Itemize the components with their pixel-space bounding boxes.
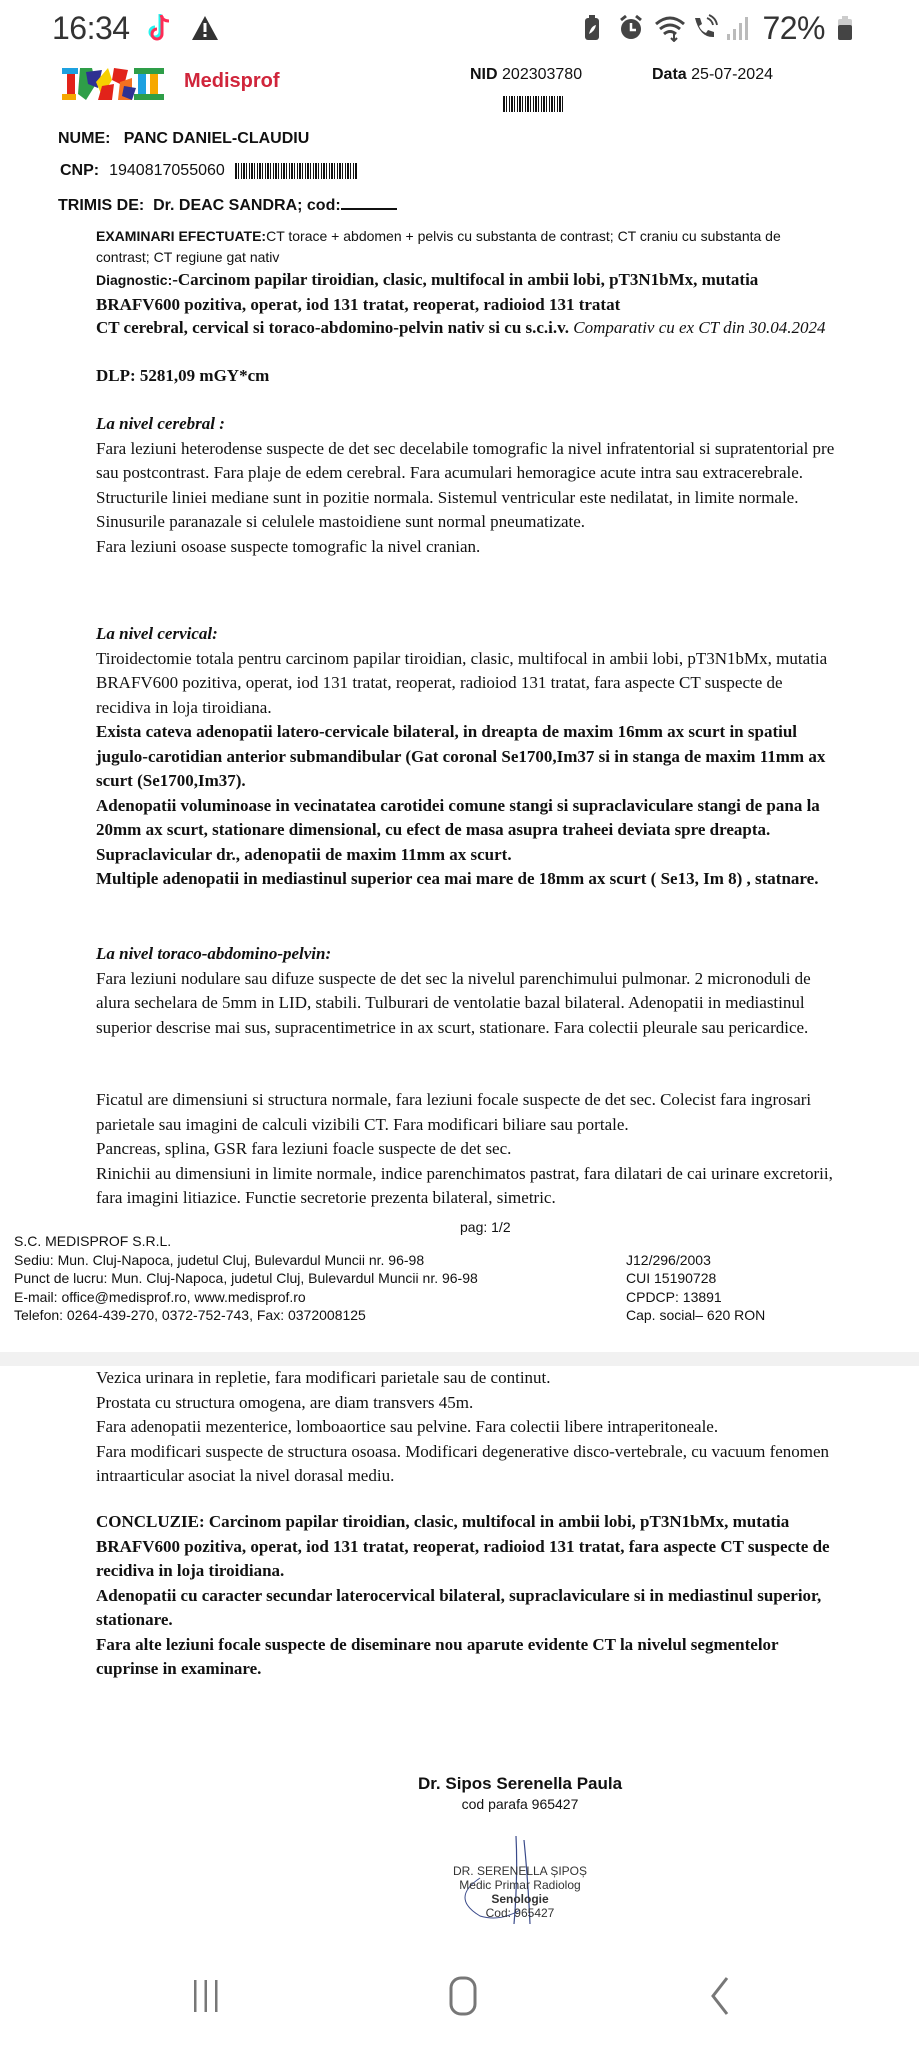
nid-label: NID <box>470 66 498 83</box>
battery-percent: 72% <box>762 10 825 47</box>
share-capital: Cap. social– 620 RON <box>626 1306 765 1325</box>
sent-by-value: Dr. DEAC SANDRA; cod: <box>153 197 341 214</box>
signal-icon <box>726 14 750 42</box>
status-bar: 16:34 72% <box>0 0 919 58</box>
home-button[interactable] <box>433 1974 493 2018</box>
name-label: NUME: <box>58 130 110 147</box>
section-cervical: La nivel cervical: Tiroidectomie totala … <box>96 622 836 892</box>
reg-number: J12/296/2003 <box>626 1251 765 1270</box>
cnp-barcode <box>235 163 357 179</box>
dlp-value: DLP: 5281,09 mGY*cm <box>96 364 836 389</box>
diagnostic-label: Diagnostic: <box>96 272 172 288</box>
battery-icon <box>837 14 861 42</box>
code-blank <box>341 196 397 210</box>
paragraph: Fara leziuni nodulare sau difuze suspect… <box>96 967 836 1041</box>
page-separator <box>0 1352 919 1366</box>
paragraph: Tiroidectomie totala pentru carcinom pap… <box>96 647 836 721</box>
paragraph: Fara adenopatii mezenterice, lomboaortic… <box>96 1415 836 1440</box>
paragraph-bold: Multiple adenopatii in mediastinul super… <box>96 867 836 892</box>
section-toraco-abdomino-pelvin: La nivel toraco-abdomino-pelvin: Fara le… <box>96 942 836 1040</box>
nid-field: NID 202303780 <box>470 66 582 84</box>
stamp-text: DR. SERENELLA ȘIPOȘ Medic Primar Radiolo… <box>420 1864 620 1920</box>
company-info: S.C. MEDISPROF S.R.L. Sediu: Mun. Cluj-N… <box>14 1232 478 1325</box>
conclusion-paragraph: Fara alte leziuni focale suspecte de dis… <box>96 1633 836 1682</box>
section-title: La nivel cerebral : <box>96 412 836 437</box>
battery-saver-icon <box>582 14 606 42</box>
section-pelvis-bones: Vezica urinara in repletie, fara modific… <box>96 1366 836 1489</box>
conclusion-paragraph: Adenopatii cu caracter secundar lateroce… <box>96 1584 836 1633</box>
recent-apps-icon <box>188 1976 224 2016</box>
paragraph-bold: Adenopatii voluminoase in vecinatatea ca… <box>96 794 836 868</box>
paragraph: Fara leziuni heterodense suspecte de det… <box>96 437 836 486</box>
stamp-line: Cod: 965427 <box>420 1906 620 1920</box>
date-label: Data <box>652 66 687 83</box>
cpdcp: CPDCP: 13891 <box>626 1288 765 1307</box>
signer-block: Dr. Sipos Serenella Paula cod parafa 965… <box>380 1774 660 1812</box>
navigation-bar <box>0 1928 919 2048</box>
paragraph: Prostata cu structura omogena, are diam … <box>96 1391 836 1416</box>
stamp-line: Senologie <box>420 1892 620 1906</box>
paragraph: Structurile liniei mediane sunt in pozit… <box>96 486 836 535</box>
medisprof-logo <box>62 66 166 102</box>
cui: CUI 15190728 <box>626 1269 765 1288</box>
warning-icon <box>190 14 220 42</box>
company-name: S.C. MEDISPROF S.R.L. <box>14 1232 478 1251</box>
date-value: 25-07-2024 <box>691 66 773 83</box>
back-button[interactable] <box>690 1974 750 2018</box>
paragraph: Pancreas, splina, GSR fara leziuni foacl… <box>96 1137 836 1162</box>
diagnostic-value: -Carcinom papilar tiroidian, clasic, mul… <box>96 270 758 314</box>
company-workplace: Punct de lucru: Mun. Cluj-Napoca, judetu… <box>14 1269 478 1288</box>
recent-apps-button[interactable] <box>176 1974 236 2018</box>
wifi-icon <box>654 14 678 42</box>
conclusion: CONCLUZIE: Carcinom papilar tiroidian, c… <box>96 1510 836 1682</box>
doctor-stamp: DR. SERENELLA ȘIPOȘ Medic Primar Radiolo… <box>420 1836 620 1926</box>
company-seat: Sediu: Mun. Cluj-Napoca, judetul Cluj, B… <box>14 1251 478 1270</box>
exams-performed: EXAMINARI EFECTUATE:CT torace + abdomen … <box>96 226 836 268</box>
back-icon <box>705 1974 735 2018</box>
tiktok-icon <box>148 12 172 44</box>
signer-code: cod parafa 965427 <box>380 1796 660 1812</box>
wifi-calling-icon <box>690 14 714 42</box>
referring-doctor: TRIMIS DE: Dr. DEAC SANDRA; cod: <box>58 196 397 215</box>
stamp-line: DR. SERENELLA ȘIPOȘ <box>420 1864 620 1878</box>
company-phone: Telefon: 0264-439-270, 0372-752-743, Fax… <box>14 1306 478 1325</box>
status-time: 16:34 <box>52 10 130 47</box>
cnp-label: CNP: <box>60 162 99 180</box>
ct-comparison: Comparativ cu ex CT din 30.04.2024 <box>573 318 825 337</box>
section-title: La nivel cervical: <box>96 622 836 647</box>
company-email[interactable]: E-mail: office@medisprof.ro, www.medispr… <box>14 1288 478 1307</box>
report-page-2[interactable]: Vezica urinara in repletie, fara modific… <box>0 1366 919 1928</box>
date-field: Data 25-07-2024 <box>652 66 773 84</box>
name-value: PANC DANIEL-CLAUDIU <box>124 130 309 147</box>
paragraph: Fara modificari suspecte de structura os… <box>96 1440 836 1489</box>
nid-barcode <box>503 96 563 112</box>
exams-label: EXAMINARI EFECTUATE: <box>96 228 266 244</box>
paragraph: Rinichii au dimensiuni in limite normale… <box>96 1162 836 1211</box>
paragraph: Vezica urinara in repletie, fara modific… <box>96 1366 836 1391</box>
ct-description: CT cerebral, cervical si toraco-abdomino… <box>96 316 836 341</box>
paragraph-bold: Exista cateva adenopatii latero-cervical… <box>96 720 836 794</box>
brand-name: Medisprof <box>184 70 280 93</box>
nid-value: 202303780 <box>502 66 582 83</box>
company-registration: J12/296/2003 CUI 15190728 CPDCP: 13891 C… <box>626 1251 765 1325</box>
paragraph: Ficatul are dimensiuni si structura norm… <box>96 1088 836 1137</box>
conclusion-paragraph: CONCLUZIE: Carcinom papilar tiroidian, c… <box>96 1510 836 1584</box>
patient-cnp: CNP: 1940817055060 <box>60 162 357 180</box>
ct-description-bold: CT cerebral, cervical si toraco-abdomino… <box>96 318 569 337</box>
paragraph: Fara leziuni osoase suspecte tomografic … <box>96 535 836 560</box>
alarm-icon <box>618 14 642 42</box>
cnp-value: 1940817055060 <box>109 162 225 180</box>
diagnostic: Diagnostic:-Carcinom papilar tiroidian, … <box>96 268 836 317</box>
section-title: La nivel toraco-abdomino-pelvin: <box>96 942 836 967</box>
stamp-line: Medic Primar Radiolog <box>420 1878 620 1892</box>
section-abdomen: Ficatul are dimensiuni si structura norm… <box>96 1088 836 1211</box>
sent-by-label: TRIMIS DE: <box>58 197 144 214</box>
signer-name: Dr. Sipos Serenella Paula <box>380 1774 660 1794</box>
home-icon <box>443 1974 483 2018</box>
report-page-1[interactable]: Medisprof NID 202303780 Data 25-07-2024 … <box>0 58 919 1324</box>
patient-name: NUME: PANC DANIEL-CLAUDIU <box>58 130 309 148</box>
section-cerebral: La nivel cerebral : Fara leziuni heterod… <box>96 412 836 559</box>
